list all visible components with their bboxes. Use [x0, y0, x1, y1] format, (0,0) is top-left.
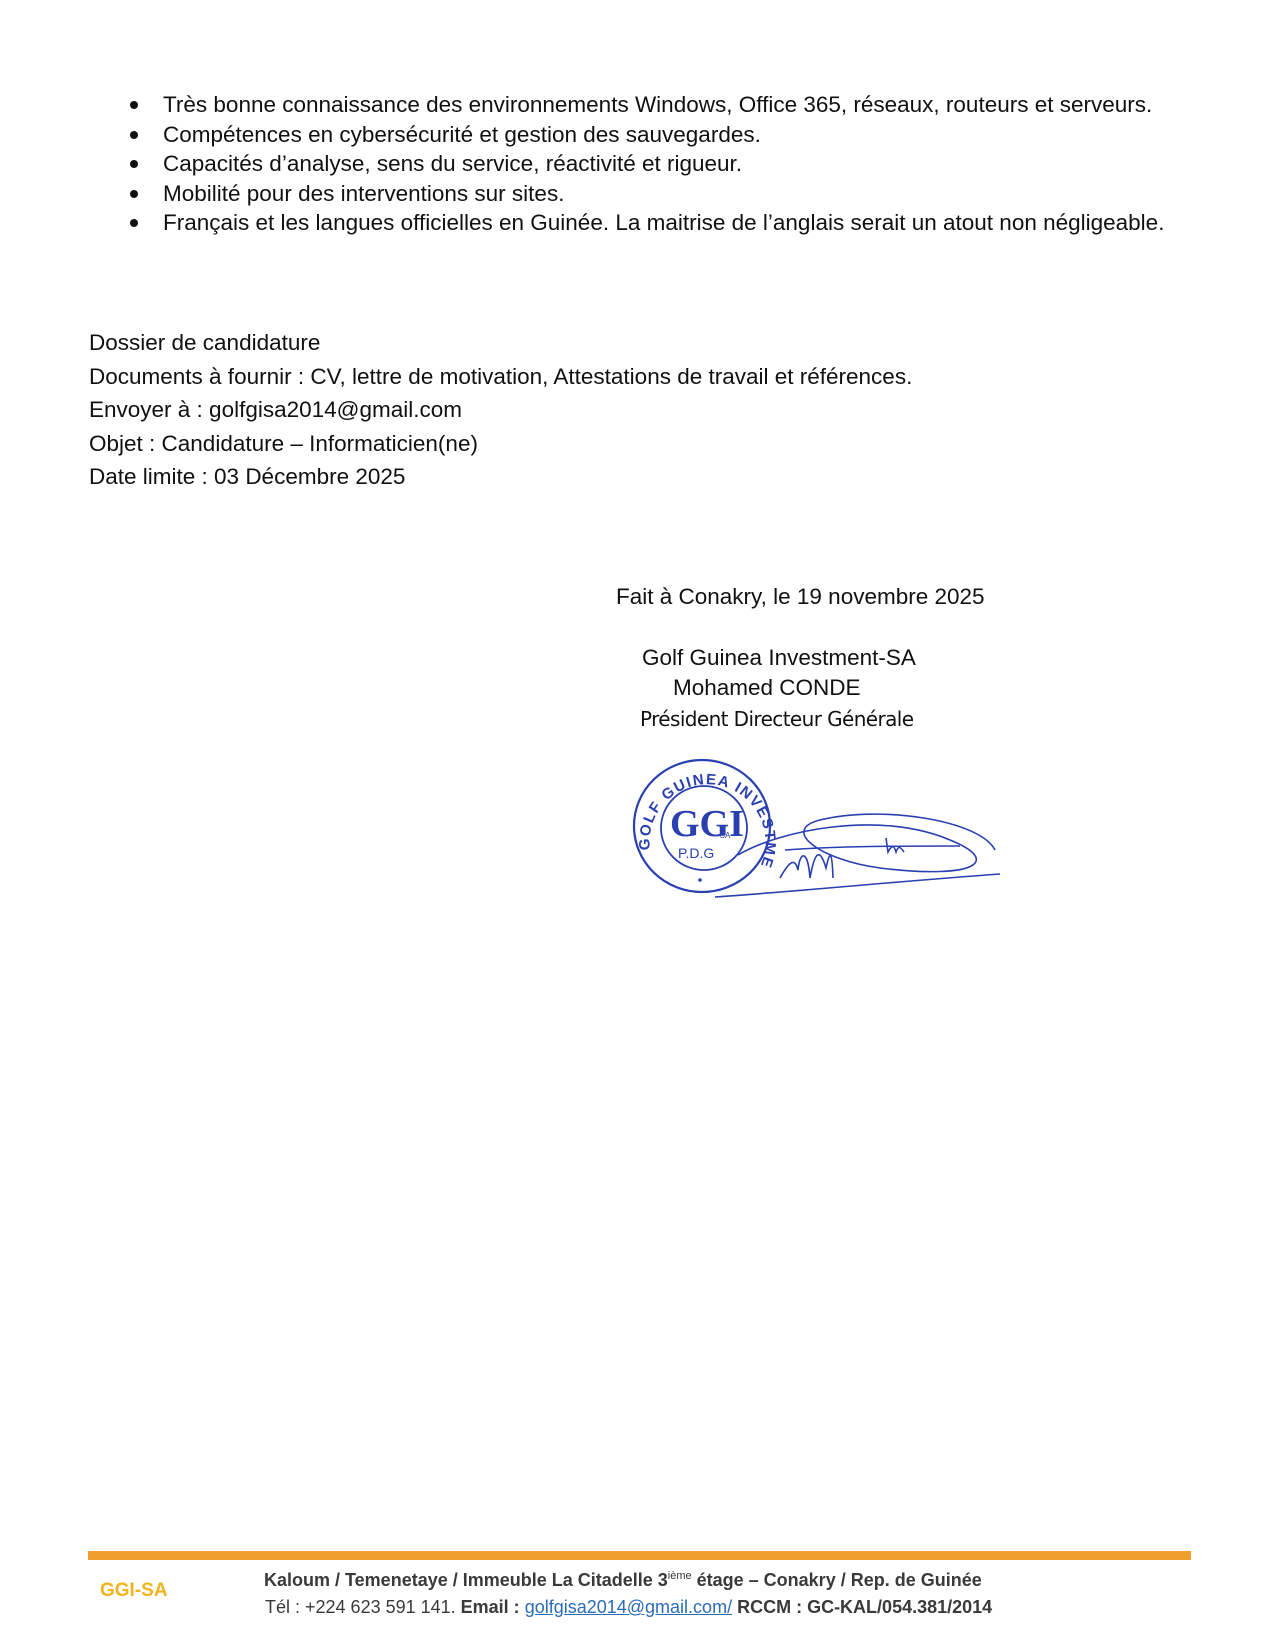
requirements-list: Très bonne connaissance des environnemen… [130, 90, 1190, 238]
svg-text:GGI: GGI [670, 803, 744, 845]
footer-contact: Tél : +224 623 591 141. Email : golfgisa… [265, 1597, 992, 1618]
application-heading: Dossier de candidature [89, 326, 912, 360]
bullet-icon [130, 160, 138, 168]
requirement-item: Très bonne connaissance des environnemen… [130, 90, 1190, 120]
svg-text:-SA: -SA [717, 831, 731, 840]
signatory-name: Mohamed CONDE [673, 675, 861, 701]
footer-email-label: Email : [461, 1597, 525, 1617]
bullet-icon [130, 131, 138, 139]
footer-email-link[interactable]: golfgisa2014@gmail.com/ [525, 1597, 732, 1617]
bullet-icon [130, 219, 138, 227]
footer-brand: GGI-SA [100, 1580, 168, 1602]
deadline: Date limite : 03 Décembre 2025 [89, 460, 912, 494]
requirement-item: Compétences en cybersécurité et gestion … [130, 120, 1190, 150]
bullet-icon [130, 101, 138, 109]
application-section: Dossier de candidature Documents à fourn… [89, 326, 912, 494]
footer-divider [88, 1551, 1191, 1560]
signatory-role: Président Directeur Générale [640, 707, 913, 731]
place-date: Fait à Conakry, le 19 novembre 2025 [616, 584, 985, 610]
footer-address: Kaloum / Temenetaye / Immeuble La Citade… [264, 1570, 982, 1591]
svg-text:P.D.G: P.D.G [678, 845, 714, 861]
requirement-item: Capacités d’analyse, sens du service, ré… [130, 149, 1190, 179]
requirement-item: Mobilité pour des interventions sur site… [130, 179, 1190, 209]
subject-line: Objet : Candidature – Informaticien(ne) [89, 427, 912, 461]
footer-rccm: RCCM : GC-KAL/054.381/2014 [732, 1597, 992, 1617]
footer-tel: Tél : +224 623 591 141. [265, 1597, 461, 1617]
send-to: Envoyer à : golfgisa2014@gmail.com [89, 393, 912, 427]
stamp-signature-icon: GOLF GUINEA INVESTMENT-SA GGI -SA P.D.G [620, 750, 1020, 910]
documents-required: Documents à fournir : CV, lettre de moti… [89, 360, 912, 394]
requirement-item: Français et les langues officielles en G… [130, 208, 1190, 238]
bullet-icon [130, 190, 138, 198]
company-name: Golf Guinea Investment-SA [642, 645, 916, 671]
